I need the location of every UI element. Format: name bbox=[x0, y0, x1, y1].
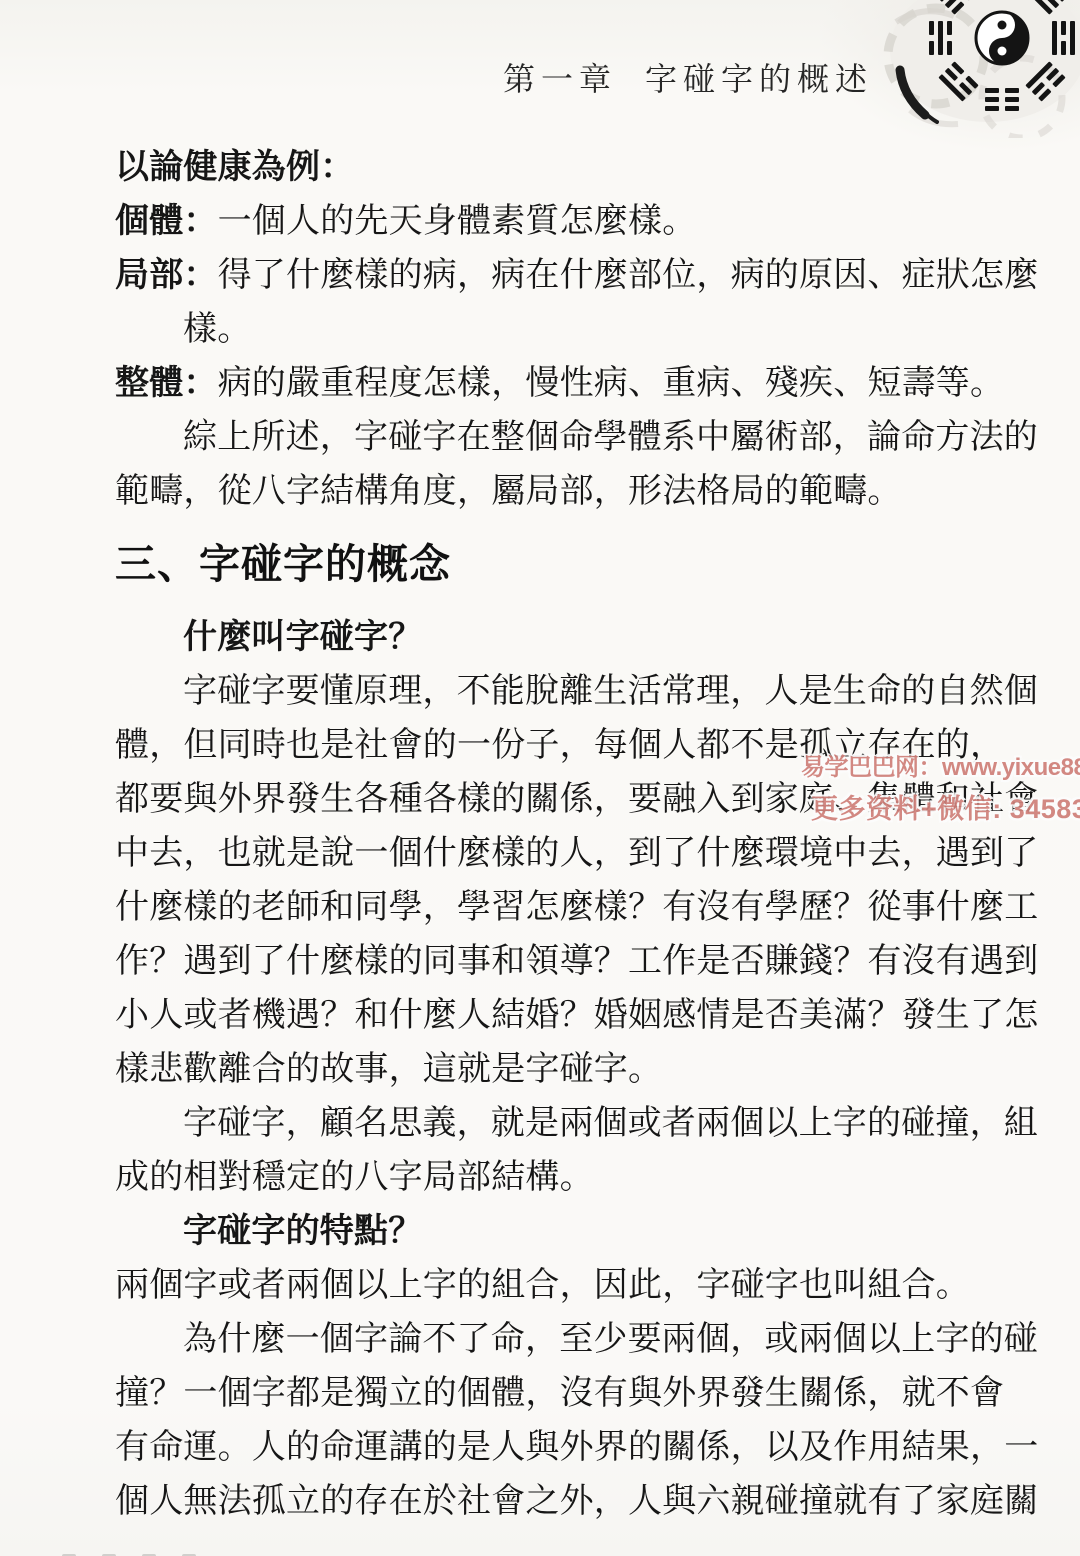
line-text: 小人或者機遇？和什麼人結婚？婚姻感情是否美滿？發生了怎 bbox=[115, 996, 1038, 1034]
line-label: 個體： bbox=[115, 202, 218, 240]
sub-heading: 字碰字的特點？ bbox=[115, 1204, 969, 1258]
text-line: 字碰字要懂原理，不能脫離生活常理，人是生命的自然個 bbox=[115, 664, 969, 718]
line-label: 整體： bbox=[115, 364, 218, 402]
page-body: 以論健康為例：個體：一個人的先天身體素質怎麼樣。局部：得了什麼樣的病，病在什麼部… bbox=[115, 140, 969, 1528]
scanned-book-page: { "header": { "chapter": "第一章", "title":… bbox=[0, 0, 1080, 1556]
scan-smudge bbox=[62, 1546, 282, 1554]
line-text: 三、字碰字的概念 bbox=[115, 541, 451, 587]
text-line: 作？遇到了什麼樣的同事和領導？工作是否賺錢？有沒有遇到 bbox=[115, 934, 969, 988]
line-text: 兩個字或者兩個以上字的組合，因此，字碰字也叫組合。 bbox=[115, 1266, 970, 1304]
text-line: 以論健康為例： bbox=[115, 140, 969, 194]
line-text: 作？遇到了什麼樣的同事和領導？工作是否賺錢？有沒有遇到 bbox=[115, 942, 1038, 980]
text-line: 整體：病的嚴重程度怎樣，慢性病、重病、殘疾、短壽等。 bbox=[115, 356, 969, 410]
line-text: 以論健康為例： bbox=[115, 148, 354, 186]
text-line: 樣悲歡離合的故事，這就是字碰字。 bbox=[115, 1042, 969, 1096]
line-text: 得了什麼樣的病，病在什麼部位，病的原因、症狀怎麼 bbox=[218, 256, 1039, 294]
line-text: 字碰字，顧名思義，就是兩個或者兩個以上字的碰撞，組 bbox=[183, 1104, 1038, 1142]
line-text: 什麼樣的老師和同學，學習怎麼樣？有沒有學歷？從事什麼工 bbox=[115, 888, 1038, 926]
text-line: 都要與外界發生各種各樣的關係，要融入到家庭、集體和社會 bbox=[115, 772, 969, 826]
text-line: 綜上所述，字碰字在整個命學體系中屬術部，論命方法的 bbox=[115, 410, 969, 464]
line-text: 撞？一個字都是獨立的個體，沒有與外界發生關係，就不會 bbox=[115, 1374, 1004, 1412]
line-text: 樣悲歡離合的故事，這就是字碰字。 bbox=[115, 1050, 662, 1088]
chapter-label: 第一章 bbox=[503, 54, 617, 100]
text-line: 範疇，從八字結構角度，屬局部，形法格局的範疇。 bbox=[115, 464, 969, 518]
text-line: 個體：一個人的先天身體素質怎麼樣。 bbox=[115, 194, 969, 248]
text-line: 小人或者機遇？和什麼人結婚？婚姻感情是否美滿？發生了怎 bbox=[115, 988, 969, 1042]
yinyang-icon bbox=[976, 12, 1028, 64]
line-text: 體，但同時也是社會的一份子，每個人都不是孤立存在的， bbox=[115, 726, 1004, 764]
line-text: 有命運。人的命運講的是人與外界的關係，以及作用結果，一 bbox=[115, 1428, 1038, 1466]
text-line: 成的相對穩定的八字局部結構。 bbox=[115, 1150, 969, 1204]
line-text: 一個人的先天身體素質怎麼樣。 bbox=[218, 202, 697, 240]
line-text: 為什麼一個字論不了命，至少要兩個，或兩個以上字的碰 bbox=[183, 1320, 1038, 1358]
text-line: 兩個字或者兩個以上字的組合，因此，字碰字也叫組合。 bbox=[115, 1258, 969, 1312]
line-text: 範疇，從八字結構角度，屬局部，形法格局的範疇。 bbox=[115, 472, 902, 510]
line-text: 個人無法孤立的存在於社會之外，人與六親碰撞就有了家庭關 bbox=[115, 1482, 1038, 1520]
bagua-yinyang-logo bbox=[870, 0, 1080, 138]
line-text: 成的相對穩定的八字局部結構。 bbox=[115, 1158, 594, 1196]
text-line: 局部：得了什麼樣的病，病在什麼部位，病的原因、症狀怎麼 bbox=[115, 248, 969, 302]
text-line: 中去，也就是說一個什麼樣的人，到了什麼環境中去，遇到了 bbox=[115, 826, 969, 880]
line-text: 字碰字的特點？ bbox=[183, 1212, 422, 1250]
line-text: 中去，也就是說一個什麼樣的人，到了什麼環境中去，遇到了 bbox=[115, 834, 1038, 872]
line-text: 綜上所述，字碰字在整個命學體系中屬術部，論命方法的 bbox=[183, 418, 1038, 456]
text-line: 樣。 bbox=[115, 302, 969, 356]
text-line: 字碰字，顧名思義，就是兩個或者兩個以上字的碰撞，組 bbox=[115, 1096, 969, 1150]
text-line: 個人無法孤立的存在於社會之外，人與六親碰撞就有了家庭關 bbox=[115, 1474, 969, 1528]
text-line: 體，但同時也是社會的一份子，每個人都不是孤立存在的， bbox=[115, 718, 969, 772]
line-text: 字碰字要懂原理，不能脫離生活常理，人是生命的自然個 bbox=[183, 672, 1038, 710]
text-line: 撞？一個字都是獨立的個體，沒有與外界發生關係，就不會 bbox=[115, 1366, 969, 1420]
text-line: 有命運。人的命運講的是人與外界的關係，以及作用結果，一 bbox=[115, 1420, 969, 1474]
line-text: 什麼叫字碰字？ bbox=[183, 618, 422, 656]
text-line: 什麼樣的老師和同學，學習怎麼樣？有沒有學歷？從事什麼工 bbox=[115, 880, 969, 934]
line-text: 樣。 bbox=[183, 310, 251, 348]
line-text: 病的嚴重程度怎樣，慢性病、重病、殘疾、短壽等。 bbox=[218, 364, 1005, 402]
chapter-title: 字碰字的概述 bbox=[645, 54, 873, 100]
section-heading: 三、字碰字的概念 bbox=[115, 537, 969, 591]
text-line: 為什麼一個字論不了命，至少要兩個，或兩個以上字的碰 bbox=[115, 1312, 969, 1366]
sub-heading: 什麼叫字碰字？ bbox=[115, 610, 969, 664]
line-label: 局部： bbox=[115, 256, 218, 294]
line-text: 都要與外界發生各種各樣的關係，要融入到家庭、集體和社會 bbox=[115, 780, 1038, 818]
